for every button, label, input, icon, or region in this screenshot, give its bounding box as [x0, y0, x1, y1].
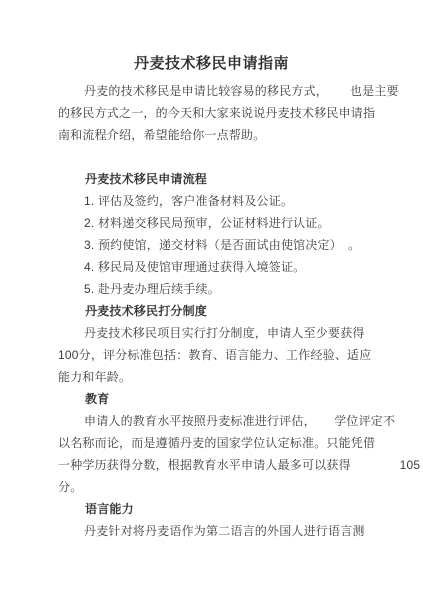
education-line-4: 分。	[58, 476, 408, 498]
blank-line	[58, 146, 408, 168]
heading-language: 语言能力	[58, 498, 408, 520]
points-line-2: 100分，评分标准包括：教育、语言能力、工作经验、适应	[58, 344, 408, 366]
process-step-1: 1. 评估及签约，客户准备材料及公证。	[58, 190, 408, 212]
process-step-3: 3. 预约使馆，递交材料（是否面试由使馆决定） 。	[58, 234, 408, 256]
intro-line-3: 南和流程介绍，希望能给你一点帮助。	[58, 124, 408, 146]
points-line-3: 能力和年龄。	[58, 366, 408, 388]
points-line-1: 丹麦技术移民项目实行打分制度，申请人至少要获得	[58, 322, 408, 344]
process-step-5: 5. 赴丹麦办理后续手续。	[58, 278, 408, 300]
document-title: 丹麦技术移民申请指南	[0, 53, 423, 75]
intro-line-1: 丹麦的技术移民是申请比较容易的移民方式， 也是主要	[58, 80, 408, 102]
education-line-3: 一种学历获得分数，根据教育水平申请人最多可以获得 105	[58, 454, 408, 476]
document-page: 丹麦技术移民申请指南 丹麦的技术移民是申请比较容易的移民方式， 也是主要 的移民…	[0, 0, 423, 600]
heading-points-system: 丹麦技术移民打分制度	[58, 300, 408, 322]
heading-process: 丹麦技术移民申请流程	[58, 168, 408, 190]
education-line-2: 以名称而论，而是遵循丹麦的国家学位认定标准。只能凭借	[58, 432, 408, 454]
education-line-1: 申请人的教育水平按照丹麦标准进行评估， 学位评定不	[58, 410, 408, 432]
heading-education: 教育	[58, 388, 408, 410]
process-step-2: 2. 材料递交移民局预审，公证材料进行认证。	[58, 212, 408, 234]
language-line-1: 丹麦针对将丹麦语作为第二语言的外国人进行语言测	[58, 520, 408, 542]
intro-line-2: 的移民方式之一，的今天和大家来说说丹麦技术移民申请指	[58, 102, 408, 124]
document-body: 丹麦的技术移民是申请比较容易的移民方式， 也是主要 的移民方式之一，的今天和大家…	[58, 80, 408, 542]
process-step-4: 4. 移民局及使馆审理通过获得入境签证。	[58, 256, 408, 278]
